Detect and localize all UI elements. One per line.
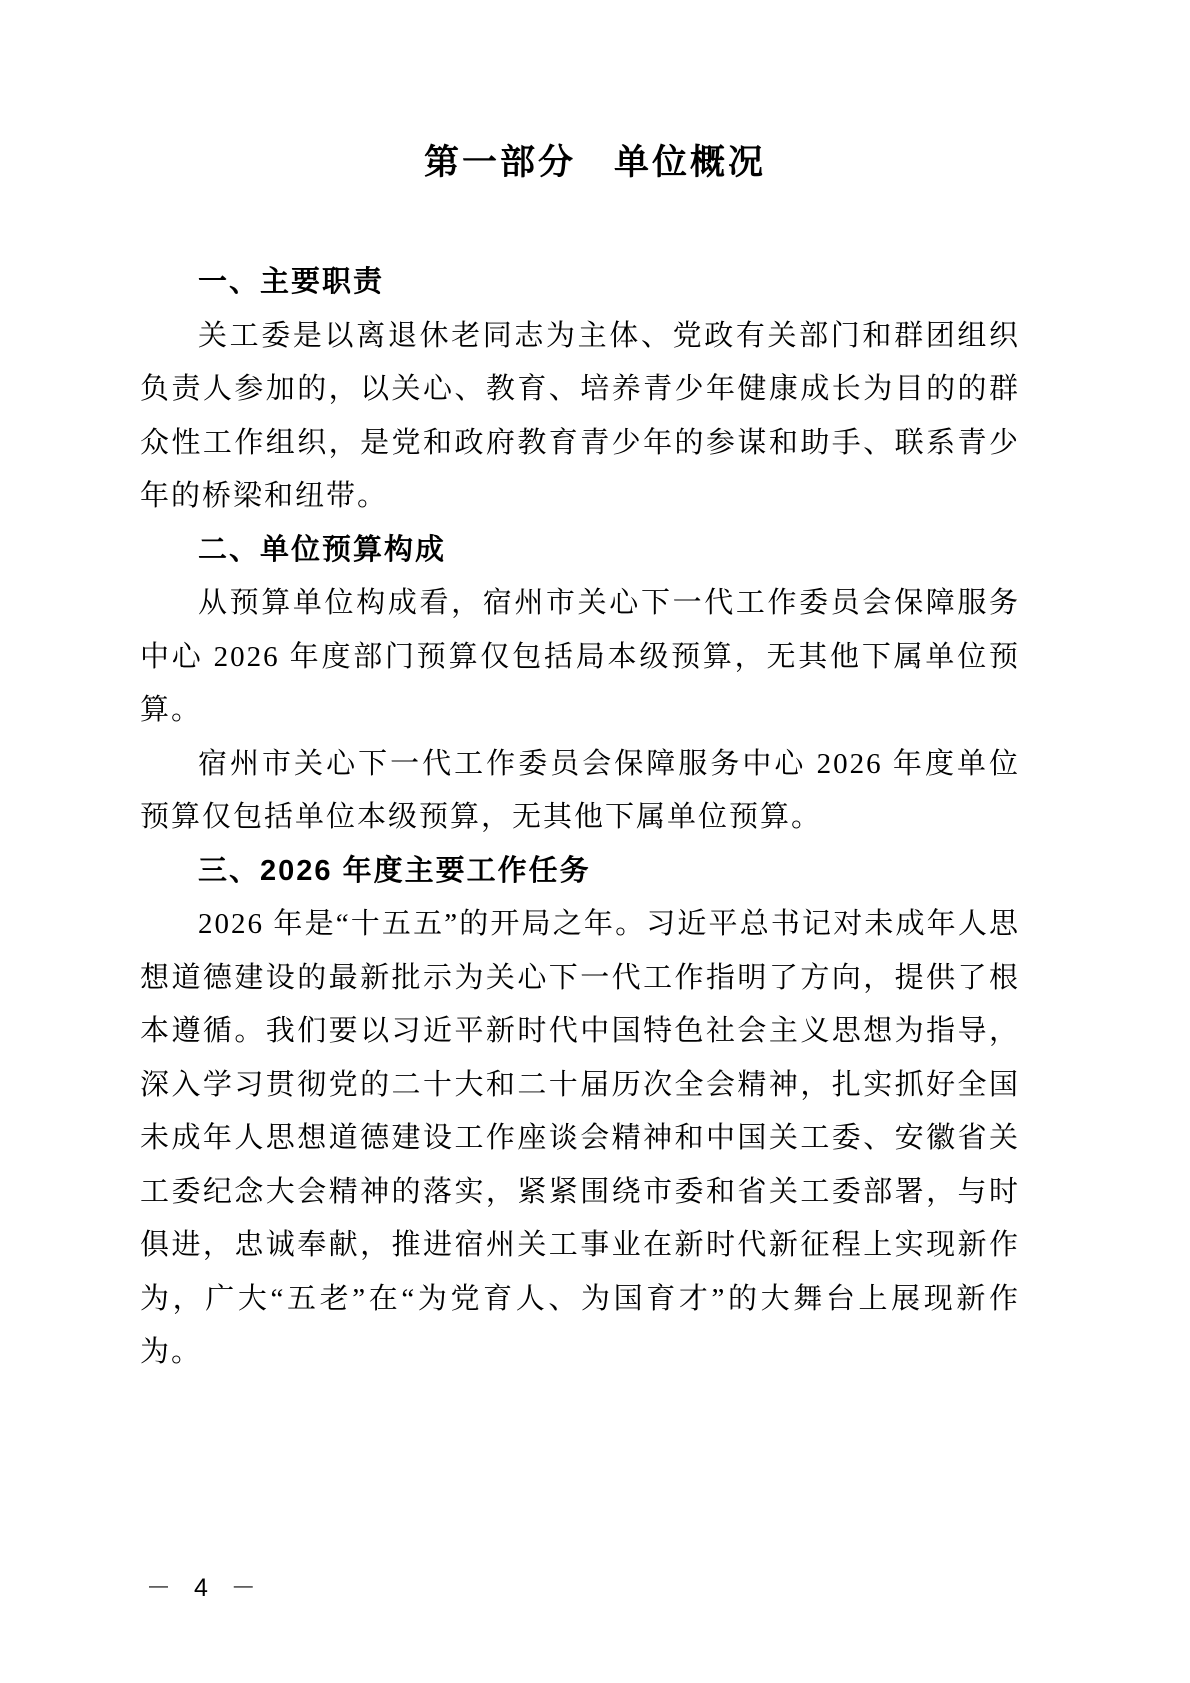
document-page: 第一部分 单位概况 一、主要职责 关工委是以离退休老同志为主体、党政有关部门和群… — [0, 0, 1190, 1683]
paragraph-2026-work-tasks: 2026 年是“十五五”的开局之年。习近平总书记对未成年人思想道德建设的最新批示… — [140, 898, 1020, 1380]
section-heading-2026-work-tasks: 三、2026 年度主要工作任务 — [140, 845, 1020, 899]
paragraph-main-duties: 关工委是以离退休老同志为主体、党政有关部门和群团组织负责人参加的，以关心、教育、… — [140, 310, 1020, 524]
section-heading-budget-composition: 二、单位预算构成 — [140, 524, 1020, 578]
page-number: － 4 － — [146, 1568, 264, 1604]
paragraph-budget-composition-2: 宿州市关心下一代工作委员会保障服务中心 2026 年度单位预算仅包括单位本级预算… — [140, 738, 1020, 845]
paragraph-budget-composition-1: 从预算单位构成看，宿州市关心下一代工作委员会保障服务中心 2026 年度部门预算… — [140, 577, 1020, 738]
document-body: 一、主要职责 关工委是以离退休老同志为主体、党政有关部门和群团组织负责人参加的，… — [140, 256, 1020, 1380]
section-heading-main-duties: 一、主要职责 — [140, 256, 1020, 310]
page-title: 第一部分 单位概况 — [0, 0, 1190, 186]
